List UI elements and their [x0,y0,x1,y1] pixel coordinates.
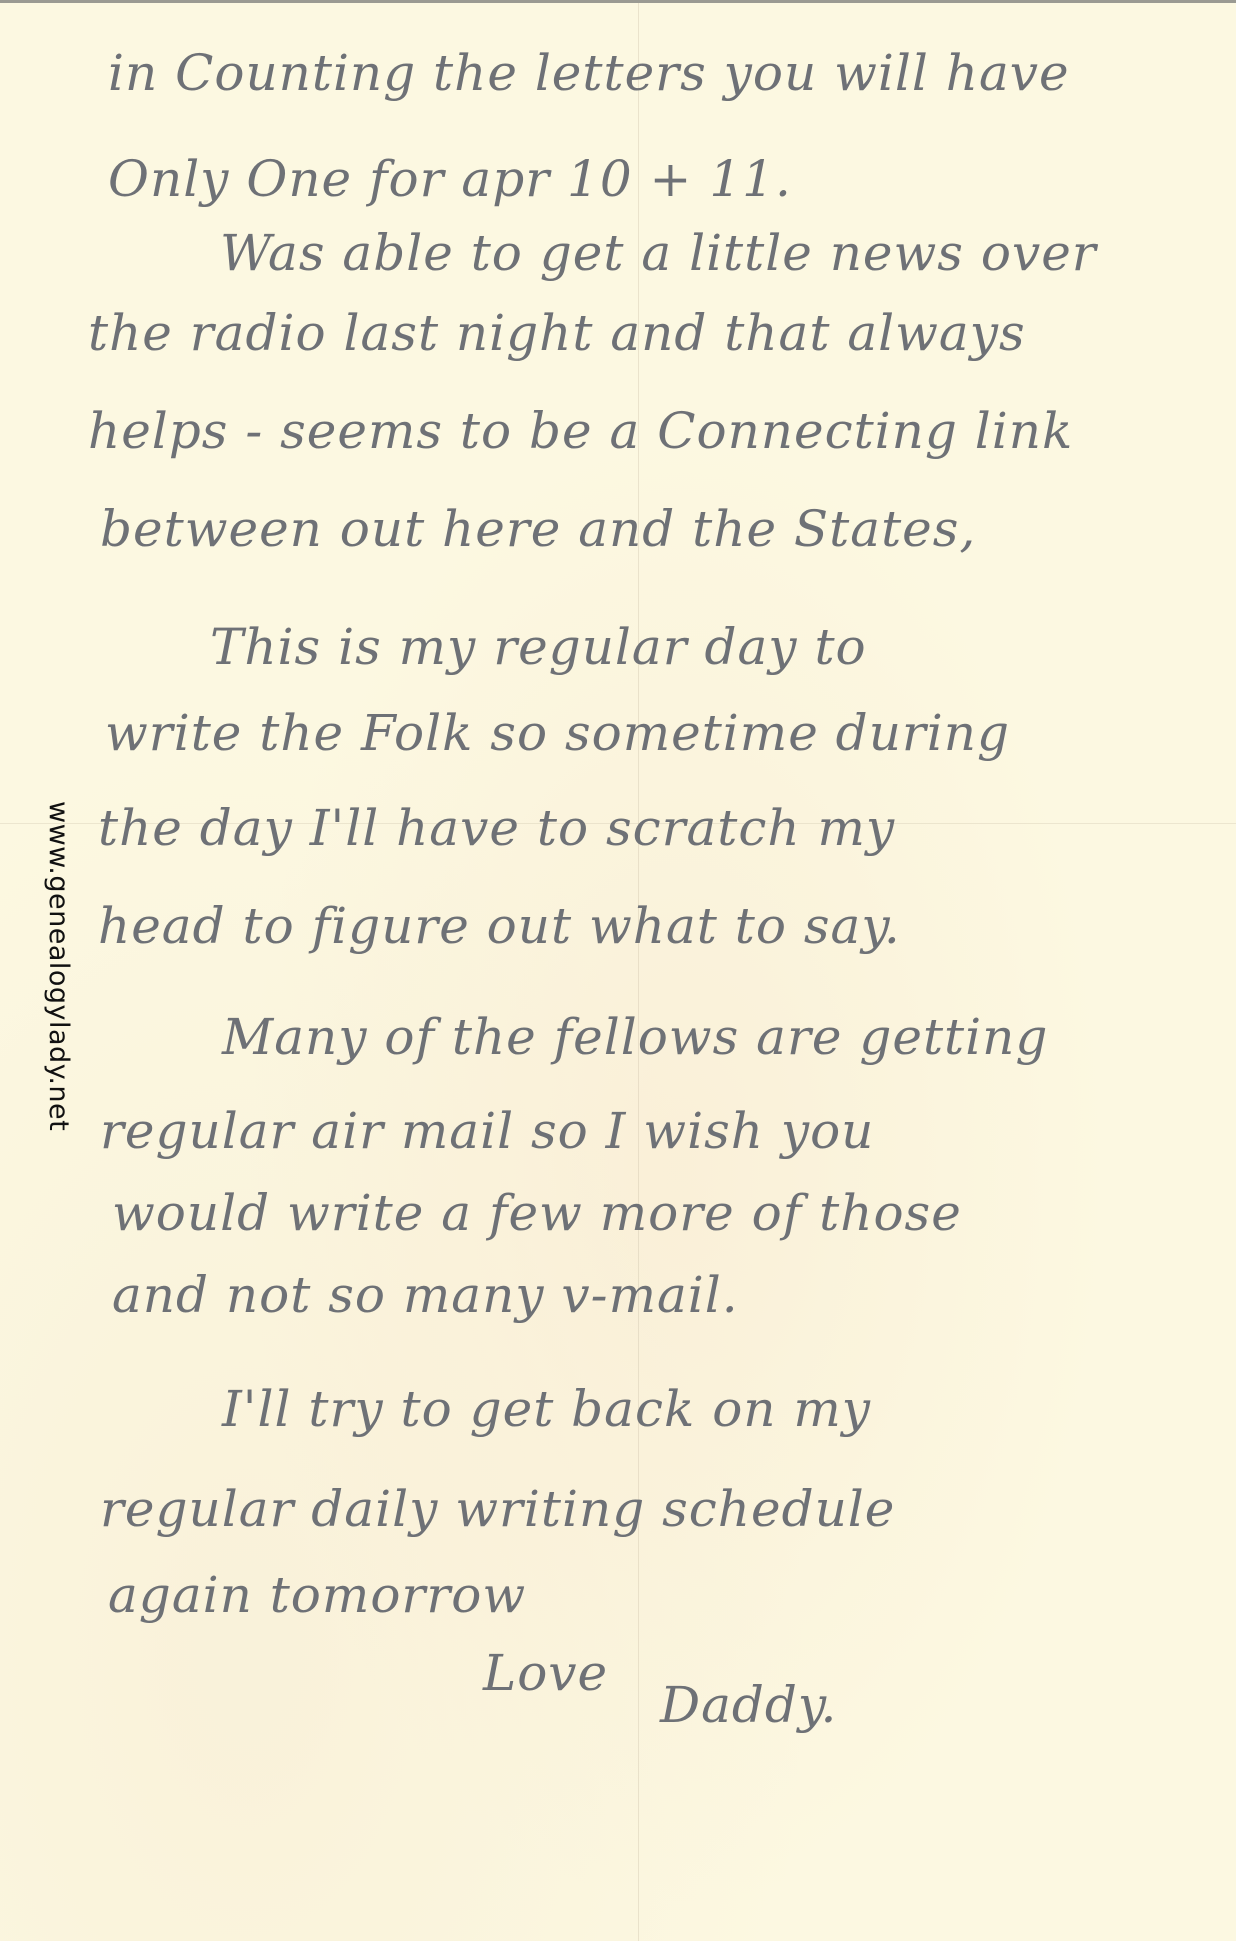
letter-line-13: would write a few more of those [112,1183,962,1243]
letter-line-5: helps - seems to be a Connecting link [88,401,1073,461]
watermark: www.genealogylady.net [38,801,78,1161]
letter-line-9: the day I'll have to scratch my [98,798,895,858]
letter-line-14: and not so many v-mail. [112,1265,739,1325]
letter-line-1: in Counting the letters you will have [108,43,1070,103]
letter-line-3: Was able to get a little news over [220,223,1097,283]
vertical-fold-crease [638,3,639,1941]
signature-daddy: Daddy. [660,1675,837,1735]
letter-line-10: head to figure out what to say. [98,896,901,956]
letter-line-7: This is my regular day to [210,617,867,677]
letter-line-12: regular air mail so I wish you [100,1101,874,1161]
letter-line-6: between out here and the States, [100,499,976,559]
letter-line-4: the radio last night and that always [88,303,1026,363]
letter-line-16: regular daily writing schedule [100,1479,895,1539]
letter-line-11: Many of the fellows are getting [222,1007,1048,1067]
letter-line-2: Only One for apr 10 + 11. [108,149,792,209]
letter-line-15: I'll try to get back on my [222,1379,871,1439]
letter-line-17: again tomorrow [108,1565,526,1625]
letter-page: www.genealogylady.net in Counting the le… [0,0,1236,1941]
letter-line-8: write the Folk so sometime during [105,703,1010,763]
closing-love: Love [483,1643,608,1703]
